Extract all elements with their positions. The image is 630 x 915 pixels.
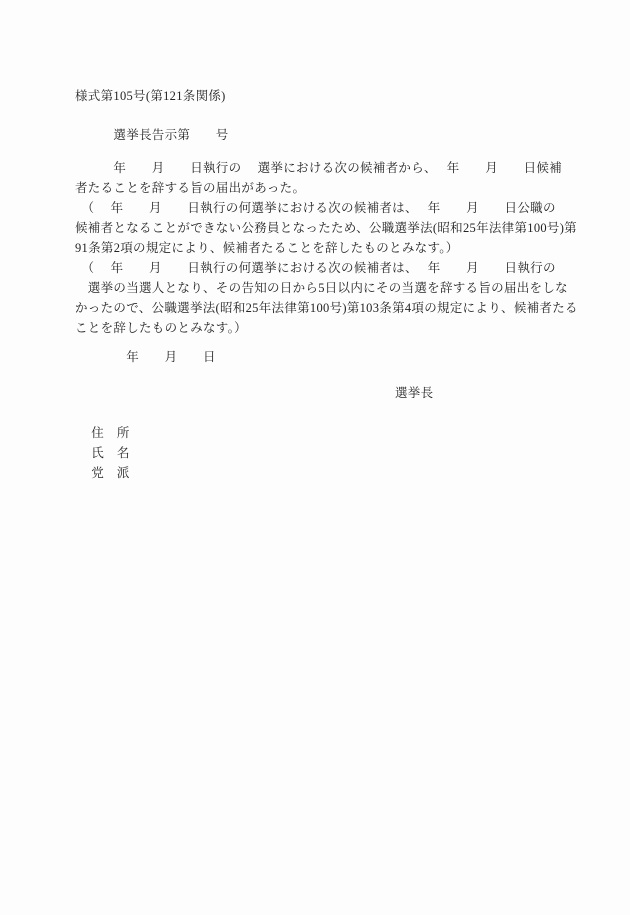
body-line: ことを辞したものとみなす。） — [75, 318, 575, 338]
election-chief-label: 選挙長 — [75, 383, 575, 403]
body-line: （ 年 月 日執行の何選挙における次の候補者は、 年 月 日公職の — [75, 198, 575, 218]
signature-fields: 住 所 氏 名 党 派 — [75, 423, 575, 483]
name-field-label: 氏 名 — [75, 443, 575, 463]
date-line: 年 月 日 — [75, 347, 575, 367]
form-number: 様式第105号(第121条関係) — [75, 86, 575, 106]
address-field-label: 住 所 — [75, 423, 575, 443]
body-line: 年 月 日執行の 選挙における次の候補者から、 年 月 日候補 — [75, 158, 575, 178]
body-line: 者たることを辞する旨の届出があった。 — [75, 178, 575, 198]
body-line: （ 年 月 日執行の何選挙における次の候補者は、 年 月 日執行の — [75, 258, 575, 278]
body-line: 91条第2項の規定により、候補者たることを辞したものとみなす。） — [75, 238, 575, 258]
party-field-label: 党 派 — [75, 463, 575, 483]
document-content: 様式第105号(第121条関係) 選挙長告示第 号 年 月 日執行の 選挙におけ… — [75, 86, 575, 483]
body-line: 選挙の当選人となり、その告知の日から5日以内にその当選を辞する旨の届出をしな — [75, 278, 575, 298]
body-line: 候補者となることができない公務員となったため、公職選挙法(昭和25年法律第100… — [75, 218, 575, 238]
body-line: かったので、公職選挙法(昭和25年法律第100号)第103条第4項の規定により、… — [75, 298, 575, 318]
body-text: 年 月 日執行の 選挙における次の候補者から、 年 月 日候補 者たることを辞す… — [75, 158, 575, 338]
notice-heading: 選挙長告示第 号 — [75, 125, 575, 145]
document-page: 様式第105号(第121条関係) 選挙長告示第 号 年 月 日執行の 選挙におけ… — [0, 0, 630, 915]
